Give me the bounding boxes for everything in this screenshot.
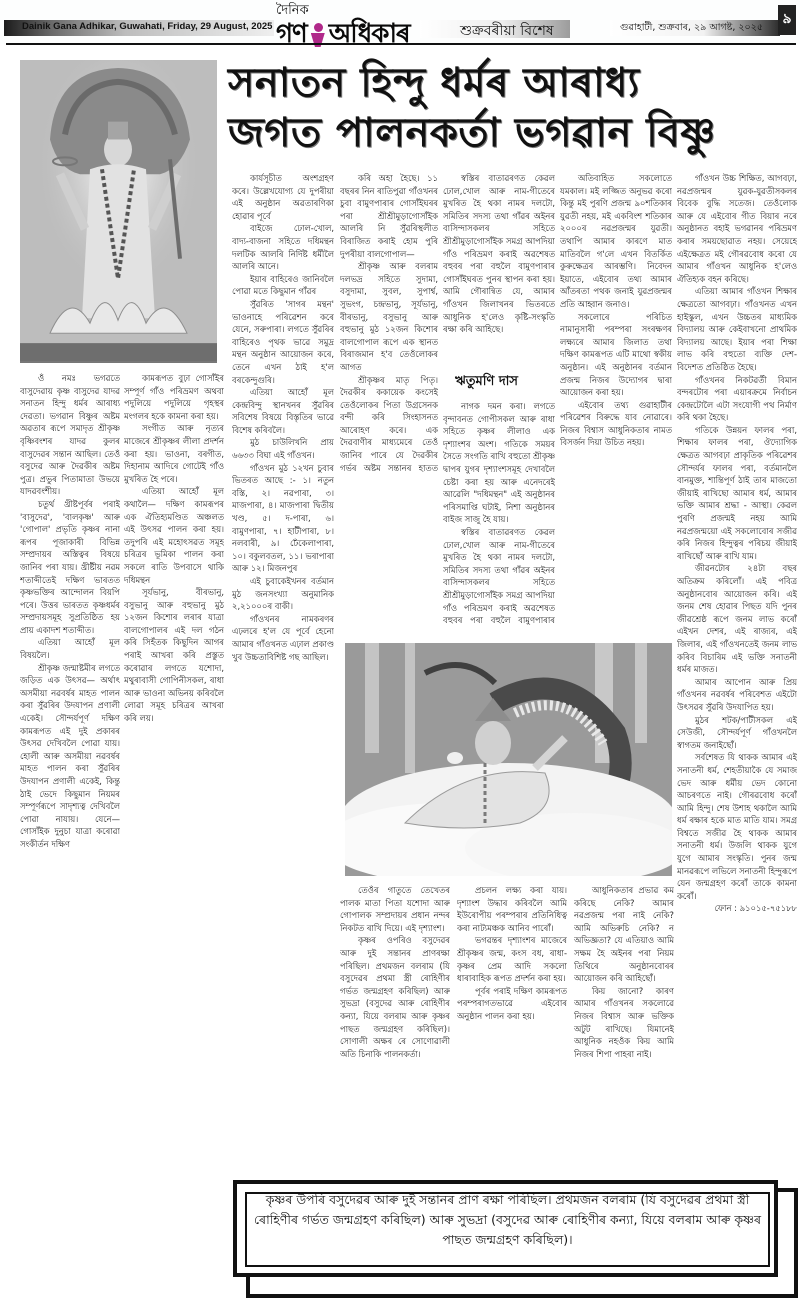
paragraph: সুঁৱৰিত 'সাগৰ মন্থন' ভাওনাহে পৰিৱেশন কৰে… <box>232 298 334 386</box>
paragraph: সূৰ্যভানু, বীৰভানু, বসুভানু আৰু বহুভানু … <box>124 586 224 725</box>
paragraph: এতিয়া আহোঁ মূল কথালৈ— দক্ষিণ কামৰূপৰ এক… <box>124 485 224 586</box>
logo-right-word: অধিকাৰ <box>329 13 410 57</box>
paragraph: গতিকে উন্নয়ন ফালৰ পৰা, শিক্ষাৰ ফালৰ পৰা… <box>677 424 797 563</box>
highlight-box: কৃষ্ণৰ উপৰি বসুদেৱৰ আৰু দুই সন্তানৰ প্ৰা… <box>233 1180 778 1277</box>
paragraph: আমাৰ আপোন আৰু প্ৰিয় গাঁওখনৰ নৱবৰ্ষৰ পৰি… <box>677 676 797 714</box>
paragraph: প্ৰচলন লক্ষ্য কৰা যায়। দৃশ্যাংশ উদ্ধাৰ … <box>457 884 567 934</box>
paragraph: এইবোৰ তথ্য গুৱাহাটীৰ পৰিৱেশৰ বিৰুদ্ধে যা… <box>560 399 672 449</box>
article-column-10: আধুনিকতাৰ প্ৰভাৱ কম কৰিছে নেকি? আমাৰ নৱপ… <box>574 884 674 1184</box>
main-headline: সনাতন হিন্দু ধৰ্মৰ আৰাধ্য জগত পালনকৰ্তা … <box>228 58 798 158</box>
paragraph: অতিবাহিত সকলোতে যমকাল। মই লজ্জিত অনুভৱ ক… <box>560 172 672 311</box>
paragraph: সংগীত আৰু নৃত্যৰ মাজেৰে শ্ৰীকৃষ্ণৰ লীলা … <box>124 422 224 485</box>
section-title: শুক্ৰবৰীয়া বিশেষ <box>460 19 554 43</box>
paragraph: গাঁওখন মুঠ ১২খন চুবাৰ ভিতৰত আছে :- ১। নত… <box>232 462 334 575</box>
article-column-4: কৰি অহা হৈছে। ১১ বছৰৰ নিন ৰাতিপুৱা গাঁওখ… <box>340 172 438 472</box>
article-column-5-top: স্বস্তিৰ বাতাৱৰণত কেৱল ঢোল,খোল আৰু নাম-গ… <box>443 172 555 377</box>
paragraph: এতিয়া আহোঁ মূল বিষয়লৈ। <box>20 636 120 661</box>
vishnu-reclining-photo <box>345 643 672 876</box>
article-column-9: প্ৰচলন লক্ষ্য কৰা যায়। দৃশ্যাংশ উদ্ধাৰ … <box>457 884 567 1184</box>
paragraph: নাগক দমন কৰা। লগতে বৃন্দাবনত গোপীসকল আৰু… <box>443 400 555 526</box>
masthead-rule <box>6 43 796 45</box>
paragraph: স্বস্তিৰ বাতাৱৰণত কেৱল ঢোল,খোল আৰু নাম-গ… <box>443 526 555 628</box>
article-column-8: তেওঁৰ গাতুতে তেখেতৰ পালক মাতা পিতা যশোদা… <box>340 884 450 1184</box>
contact-phone: ফোন : ৯১০১৫-৭৫১৮৮ <box>677 902 797 915</box>
article-column-6: অতিবাহিত সকলোতে যমকাল। মই লজ্জিত অনুভৱ ক… <box>560 172 672 627</box>
assamese-dateline: গুৱাহাটী, শুক্ৰবাৰ, ২৯ আগষ্ট, ২০২৫ <box>620 21 763 36</box>
paragraph: শ্ৰীকৃষ্ণ জন্মাষ্টমীৰ লগতে জড়িত এক উৎসৱ… <box>20 662 120 851</box>
highlight-quote: কৃষ্ণৰ উপৰি বসুদেৱৰ আৰু দুই সন্তানৰ প্ৰা… <box>247 1190 768 1250</box>
paragraph: কাৰ্যসূচীত অংশগ্ৰহণ কৰে। উল্লেখযোগ্য যে … <box>232 172 334 222</box>
paragraph: গাঁওখন উচ্চ শিক্ষিত, আগবঢ়া, নৱপ্ৰজন্মৰ … <box>677 172 797 285</box>
article-column-2: কামৰূপত বুঢ়া গোসাঁইৰ সম্পূৰ্ণ গাঁও পৰিভ… <box>124 372 224 1232</box>
paragraph: কৃষ্ণৰ ওপৰিও বসুদেৱৰ আৰু দুই সন্তানৰ প্ৰ… <box>340 934 450 1060</box>
paragraph: শ্ৰীকৃষ্ণৰ মাতৃ পিতৃ। দৈৱকীৰ ককায়েক কংস… <box>340 374 438 473</box>
paragraph: এই চুবাকেইখনৰ বৰ্তমান মুঠ জনসংখ্যা অনুমা… <box>232 575 334 613</box>
logo-left-word: গণ <box>276 13 307 57</box>
paragraph: ওঁ নমঃ ভগৱতে বাসুদেৱায় কৃষ্ণ বাসুদেৱ যা… <box>20 372 120 498</box>
paragraph: স্বস্তিৰ বাতাৱৰণত কেৱল ঢোল,খোল আৰু নাম-গ… <box>443 172 555 336</box>
paragraph: বাইজে ঢোল-খোল, বাদ্য-বাজনা সহিতে দধিমন্থ… <box>232 222 334 272</box>
headline-line-2: জগত পালনকৰ্তা ভগৱান বিষ্ণু <box>228 108 798 158</box>
paragraph: সকলোৰে পৰিচিত নামানুসাৰী পৰম্পৰা সংৰক্ষণ… <box>560 311 672 399</box>
article-column-7: গাঁওখন উচ্চ শিক্ষিত, আগবঢ়া, নৱপ্ৰজন্মৰ … <box>677 172 797 1182</box>
page-number: ৯ <box>778 5 796 35</box>
paragraph: ভগৱন্তৰ দৃশ্যাংশৰ মাজেৰে শ্ৰীকৃষ্ণৰ জন্ম… <box>457 934 567 984</box>
paragraph: মুঠৰ শটক/পাটীসকল এই সেউজী, সৌন্দৰ্যপূৰ্ণ… <box>677 714 797 752</box>
paragraph: কিয় জানো? কাৰণ আমাৰ গাঁওখনৰ সকলোৱে নিজৰ… <box>574 985 674 1061</box>
paragraph: কামৰূপত বুঢ়া গোসাঁইৰ সম্পূৰ্ণ গাঁও পৰিভ… <box>124 372 224 422</box>
paragraph: এতিয়া আমাৰ গাঁওখন শিক্ষাৰ ক্ষেত্ৰতো আগব… <box>677 285 797 373</box>
english-dateline: Dainik Gana Adhikar, Guwahati, Friday, 2… <box>22 21 272 32</box>
headline-line-1: সনাতন হিন্দু ধৰ্মৰ আৰাধ্য <box>228 58 798 108</box>
paragraph: সৰ্বশেষত যি থাকক আমাৰ এই সনাতনী ধৰ্ম, শে… <box>677 751 797 902</box>
paragraph: মুঠ চাউলিখনি প্ৰায় ৬৬৩৩ বিঘা এই গাঁওখন। <box>232 436 334 461</box>
paragraph: শ্ৰীকৃষ্ণ আৰু বলৰাম দলভদ্ৰ সহিতে সুদামা,… <box>340 260 438 373</box>
paragraph: কৰি অহা হৈছে। ১১ বছৰৰ নিন ৰাতিপুৱা গাঁওখ… <box>340 172 438 260</box>
masthead: Dainik Gana Adhikar, Guwahati, Friday, 2… <box>0 0 800 44</box>
newspaper-logo: গণ অধিকাৰ <box>276 13 410 57</box>
paragraph: ইয়াৰ বাহিৰেও জানিবলৈ পোৱা মতে কিছুমান গ… <box>232 273 334 298</box>
paragraph: আধুনিকতাৰ প্ৰভাৱ কম কৰিছে নেকি? আমাৰ নৱপ… <box>574 884 674 985</box>
paragraph: এতিয়া আহোঁ মূল কেন্দ্ৰবিন্দু স্থানখনৰ স… <box>232 386 334 436</box>
paragraph: চতুৰ্থ খ্ৰীষ্টপূৰ্বৰ পৰাই 'বাসুদেৱ', 'বা… <box>20 498 120 637</box>
vishnu-standing-photo <box>20 60 217 363</box>
paragraph: জীৱনটোৰ ২৪টা বছৰ অতিক্ৰম কৰিলোঁ। এই পবিত… <box>677 562 797 675</box>
article-column-1: ওঁ নমঃ ভগৱতে বাসুদেৱায় কৃষ্ণ বাসুদেৱ যা… <box>20 372 120 1232</box>
article-column-5: নাগক দমন কৰা। লগতে বৃন্দাবনত গোপীসকল আৰু… <box>443 400 555 628</box>
article-column-3: কাৰ্যসূচীত অংশগ্ৰহণ কৰে। উল্লেখযোগ্য যে … <box>232 172 334 1182</box>
paragraph: গাঁওখনৰ নামকৰণৰ এঢ়লৰে হ'ল যে পূৰ্বে হেন… <box>232 613 334 663</box>
paragraph: তেওঁৰ গাতুতে তেখেতৰ পালক মাতা পিতা যশোদা… <box>340 884 450 934</box>
paragraph: পূৰ্বৰ পৰাই দক্ষিণ কামৰূপত পৰম্পৰাগতভাৱে… <box>457 985 567 1023</box>
paragraph: গাঁওখনৰ নিকটৱৰ্তী বিমান বন্দৰটোৰ পৰা এয়… <box>677 374 797 424</box>
